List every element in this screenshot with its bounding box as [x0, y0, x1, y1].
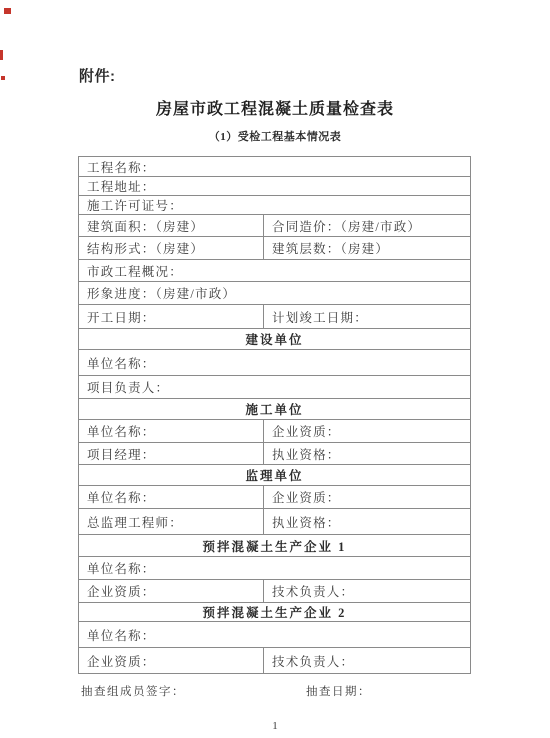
section-header-row: 施工单位	[79, 398, 470, 419]
field-label: 工程名称：	[79, 157, 470, 176]
field-label: 工程地址：	[79, 177, 470, 195]
basic-info-table: 工程名称：工程地址：施工许可证号：建筑面积：（房建）合同造价：（房建/市政）结构…	[78, 156, 471, 674]
field-label: 建筑层数：（房建）	[264, 237, 470, 259]
inspection-date-label: 抽查日期：	[306, 683, 371, 699]
signature-label: 抽查组成员签字：	[81, 683, 185, 699]
field-label: 执业资格：	[264, 443, 470, 464]
field-label: 单位名称：	[79, 350, 470, 375]
table-row: 施工许可证号：	[79, 195, 470, 214]
page-number: 1	[0, 720, 550, 732]
section-header-label: 建设单位	[79, 329, 470, 349]
field-label: 技术负责人：	[264, 580, 470, 602]
field-label: 总监理工程师：	[79, 509, 264, 534]
table-row: 工程名称：	[79, 157, 470, 176]
scan-artifact	[0, 50, 3, 60]
table-row: 单位名称：	[79, 349, 470, 375]
scanned-form-page: 附件: 房屋市政工程混凝土质量检查表 （1）受检工程基本情况表 工程名称：工程地…	[0, 0, 550, 738]
field-label: 形象进度：（房建/市政）	[79, 282, 470, 304]
table-row: 开工日期：计划竣工日期：	[79, 304, 470, 328]
section-header-label: 监理单位	[79, 465, 470, 485]
table-row: 项目负责人：	[79, 375, 470, 398]
field-label: 计划竣工日期：	[264, 305, 470, 328]
field-label: 技术负责人：	[264, 648, 470, 673]
field-label: 企业资质：	[264, 420, 470, 442]
section-header-label: 施工单位	[79, 399, 470, 419]
section-header-label: 预拌混凝土生产企业 1	[79, 535, 470, 556]
attachment-label: 附件:	[79, 65, 116, 86]
section-header-label: 预拌混凝土生产企业 2	[79, 603, 470, 621]
page-title: 房屋市政工程混凝土质量检查表	[0, 96, 550, 119]
field-label: 市政工程概况：	[79, 260, 470, 281]
table-row: 结构形式：（房建）建筑层数：（房建）	[79, 236, 470, 259]
field-label: 合同造价：（房建/市政）	[264, 215, 470, 236]
field-label: 施工许可证号：	[79, 196, 470, 214]
field-label: 企业资质：	[79, 648, 264, 673]
field-label: 单位名称：	[79, 622, 470, 647]
table-subtitle: （1）受检工程基本情况表	[0, 128, 550, 144]
table-row: 建筑面积：（房建）合同造价：（房建/市政）	[79, 214, 470, 236]
field-label: 项目经理：	[79, 443, 264, 464]
section-header-row: 监理单位	[79, 464, 470, 485]
table-row: 总监理工程师：执业资格：	[79, 508, 470, 534]
scan-artifact	[1, 76, 5, 80]
section-header-row: 预拌混凝土生产企业 2	[79, 602, 470, 621]
field-label: 企业资质：	[264, 486, 470, 508]
table-row: 企业资质：技术负责人：	[79, 647, 470, 673]
section-header-row: 预拌混凝土生产企业 1	[79, 534, 470, 556]
section-header-row: 建设单位	[79, 328, 470, 349]
table-row: 形象进度：（房建/市政）	[79, 281, 470, 304]
table-row: 工程地址：	[79, 176, 470, 195]
field-label: 执业资格：	[264, 509, 470, 534]
table-row: 市政工程概况：	[79, 259, 470, 281]
table-row: 单位名称：	[79, 556, 470, 579]
field-label: 结构形式：（房建）	[79, 237, 264, 259]
table-row: 单位名称：企业资质：	[79, 485, 470, 508]
field-label: 单位名称：	[79, 557, 470, 579]
table-row: 项目经理：执业资格：	[79, 442, 470, 464]
table-row: 单位名称：	[79, 621, 470, 647]
field-label: 建筑面积：（房建）	[79, 215, 264, 236]
field-label: 项目负责人：	[79, 376, 470, 398]
table-row: 企业资质：技术负责人：	[79, 579, 470, 602]
table-row: 单位名称：企业资质：	[79, 419, 470, 442]
field-label: 单位名称：	[79, 486, 264, 508]
field-label: 单位名称：	[79, 420, 264, 442]
field-label: 开工日期：	[79, 305, 264, 328]
scan-artifact	[4, 8, 11, 14]
field-label: 企业资质：	[79, 580, 264, 602]
